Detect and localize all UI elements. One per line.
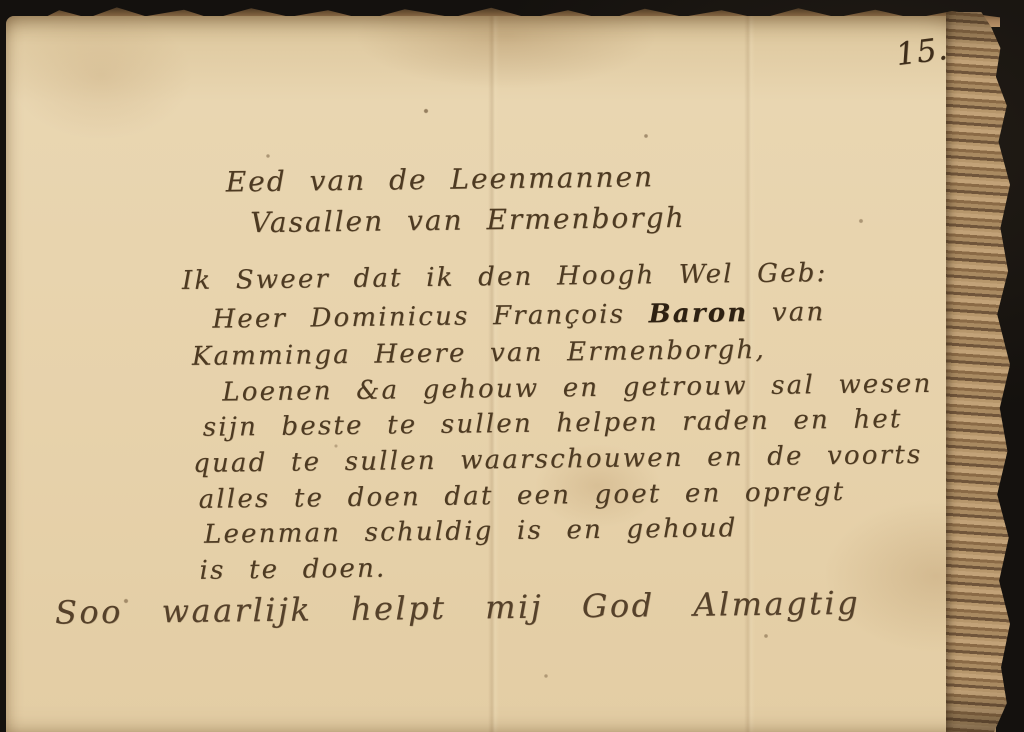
manuscript-line: Leenman schuldig is en gehoud [204, 513, 738, 550]
manuscript-line: is te doen. [199, 554, 386, 586]
manuscript-line: sijn beste te sullen helpen raden en het [203, 404, 903, 443]
manuscript-line: Ik Sweer dat ik den Hoogh Wel Geb: [182, 258, 828, 296]
manuscript-line: Loenen &a gehouw en getrouw sal wesen [222, 369, 933, 408]
heading-line: Vasallen van Ermenborgh [250, 201, 686, 239]
manuscript-line: Heer Dominicus François Baron van [212, 297, 825, 334]
manuscript-line: quad te sullen waarschouwen en de voorts [193, 440, 923, 479]
closing-oath-line: Soo waarlijk helpt mij God Almagtig [55, 584, 861, 632]
handwriting-layer: Eed van de Leenmannen Vasallen van Ermen… [0, 0, 1024, 732]
manuscript-line-segment: Heer Dominicus François [212, 299, 649, 334]
manuscript-photo: 15. Eed van de Leenmannen Vasallen van E… [0, 0, 1024, 732]
manuscript-line: Kamminga Heere van Ermenborgh, [192, 335, 766, 372]
manuscript-line: alles te doen dat een goet en opregt [198, 477, 845, 515]
manuscript-line-segment: van [748, 297, 825, 328]
heading-line: Eed van de Leenmannen [226, 160, 655, 198]
manuscript-line-segment-emphasized: Baron [648, 298, 748, 329]
